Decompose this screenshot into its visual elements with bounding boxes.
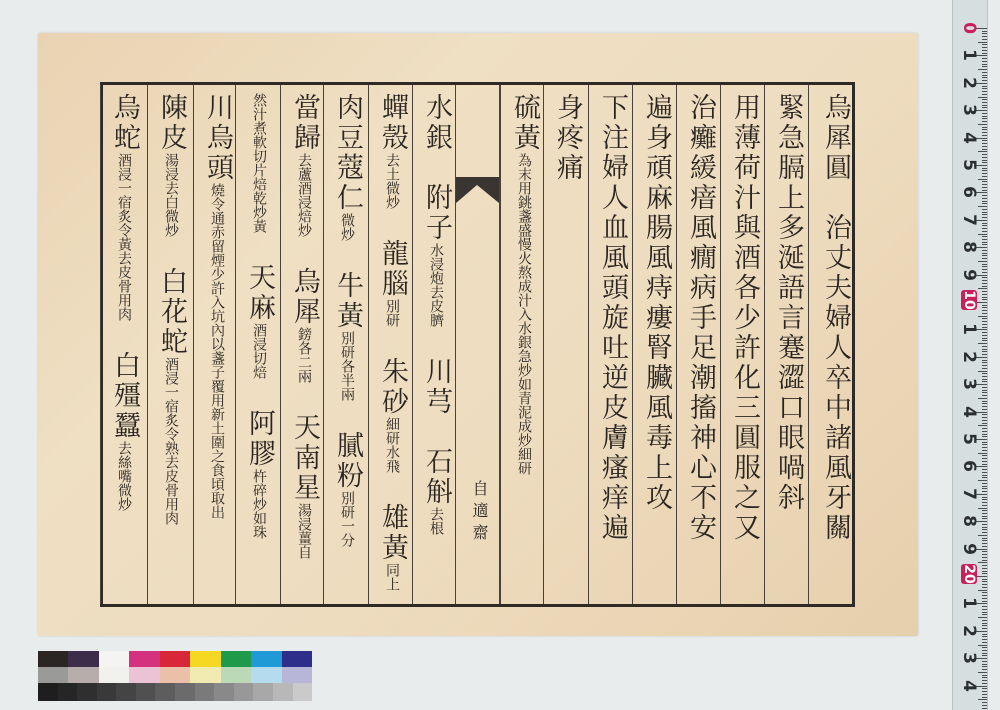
ruler-number: 1 <box>959 593 979 613</box>
ruler-tick <box>982 666 987 667</box>
ruler-number: 4 <box>959 402 979 422</box>
column-text: 下注婦人血風頭旋吐逆皮膚瘙痒遍 <box>597 93 628 543</box>
ingredient-name: 天麻 <box>244 263 275 323</box>
annotation-note: 為末用銚盞盛慢火熬成汁入水銀急炒如青泥成炒細研 <box>516 153 532 475</box>
ruler-number: 1 <box>959 319 979 339</box>
ruler-tick <box>982 157 987 158</box>
ruler-tick <box>982 464 987 465</box>
ruler-tick <box>982 258 987 259</box>
ruler-tick <box>978 261 987 262</box>
ruler-tick <box>982 664 987 665</box>
color-patch <box>273 683 293 701</box>
ruler-tick <box>978 42 987 43</box>
ruler-tick <box>978 124 987 125</box>
ruler-tick <box>982 461 987 462</box>
prescription-title: 烏犀圓 治丈夫婦人卒中諸風牙關 <box>820 93 851 543</box>
ruler-tick <box>982 584 987 585</box>
ruler-tick <box>982 338 987 339</box>
ruler-tick <box>982 434 987 435</box>
color-patch <box>136 683 156 701</box>
ruler-tick <box>982 351 987 352</box>
column-text: 治癱緩瘖風癇病手足潮搐神心不安 <box>685 93 716 543</box>
ruler-tick <box>982 88 987 89</box>
ruler-tick <box>982 212 987 213</box>
ruler-tick <box>982 198 987 199</box>
ruler-tick <box>982 623 987 624</box>
ruler-tick <box>982 491 987 492</box>
ruler-tick <box>978 535 987 536</box>
ruler-tick <box>982 255 987 256</box>
ingredient-name: 水銀 <box>421 93 452 153</box>
ruler-tick <box>982 513 987 514</box>
color-patch <box>155 683 175 701</box>
ruler-tick <box>982 121 987 122</box>
ruler-tick <box>982 335 987 336</box>
ruler-tick <box>982 349 987 350</box>
measuring-ruler: 012345678910123456789201234 <box>952 0 988 710</box>
ruler-tick <box>982 307 987 308</box>
ingredient-name: 附子 <box>421 183 452 243</box>
ingredient-note: 同上 <box>384 563 400 591</box>
ruler-tick <box>982 31 987 32</box>
color-patch <box>221 667 251 683</box>
ruler-tick <box>982 154 987 155</box>
color-patch <box>190 667 220 683</box>
ruler-tick <box>982 168 987 169</box>
ruler-number: 2 <box>959 621 979 641</box>
ingredient-name: 烏蛇 <box>109 93 140 153</box>
text-column: 硫黃為末用銚盞盛慢火熬成汁入水銀急炒如青泥成炒細研 <box>500 85 544 604</box>
ruler-tick <box>982 360 987 361</box>
text-column: 遍身頑麻腸風痔瘻腎臟風毒上攻 <box>632 85 676 604</box>
color-patch <box>221 651 251 667</box>
ingredient-note: 去蘆酒浸焙炒 <box>296 153 312 237</box>
ruler-tick <box>982 272 987 273</box>
text-column: 烏犀圓 治丈夫婦人卒中諸風牙關 <box>808 85 855 604</box>
ruler-tick <box>982 143 987 144</box>
ingredient-note: 微炒 <box>339 213 355 241</box>
ruler-tick <box>982 423 987 424</box>
ruler-tick <box>982 102 987 103</box>
ruler-tick <box>978 699 987 700</box>
ruler-tick <box>982 266 987 267</box>
ruler-tick <box>982 560 987 561</box>
ruler-tick <box>982 628 987 629</box>
ruler-tick <box>978 617 987 618</box>
ruler-tick <box>982 392 987 393</box>
ingredient-name: 天南星 <box>289 413 320 503</box>
ruler-tick <box>982 209 987 210</box>
column-text: 用薄荷汁與酒各少許化三圓服之又 <box>729 93 760 543</box>
ruler-tick <box>982 636 987 637</box>
ruler-tick <box>982 540 987 541</box>
ruler-tick <box>982 94 987 95</box>
ruler-tick <box>982 244 987 245</box>
color-patch <box>251 651 281 667</box>
text-column: 當歸去蘆酒浸焙炒 烏犀鎊各二兩 天南星湯浸薑自 <box>280 85 324 604</box>
ruler-tick <box>982 313 987 314</box>
ruler-tick <box>982 332 987 333</box>
color-patch <box>97 683 117 701</box>
ruler-tick <box>982 650 987 651</box>
ruler-tick <box>982 340 987 341</box>
color-patch <box>251 667 281 683</box>
ingredient-note: 鎊各二兩 <box>296 327 312 383</box>
ruler-tick <box>978 508 987 509</box>
color-patch <box>234 683 254 701</box>
text-column: 水銀 附子水浸炮去皮臍 川芎 石斛去根 <box>412 85 456 604</box>
ruler-number: 9 <box>959 265 979 285</box>
ruler-tick <box>982 691 987 692</box>
ruler-tick <box>982 595 987 596</box>
ruler-tick <box>982 277 987 278</box>
ruler-number: 2 <box>959 347 979 367</box>
ingredient-note: 別研一分 <box>339 491 355 547</box>
ruler-tick <box>982 697 987 698</box>
ruler-tick <box>982 225 987 226</box>
ruler-tick <box>982 510 987 511</box>
ruler-tick <box>982 173 987 174</box>
ruler-number: 7 <box>959 484 979 504</box>
ruler-tick <box>982 609 987 610</box>
ruler-tick <box>982 72 987 73</box>
ingredient-name: 陳皮 <box>156 93 187 153</box>
ruler-tick <box>982 33 987 34</box>
ruler-tick <box>982 488 987 489</box>
ingredient-name: 龍腦 <box>377 239 408 299</box>
ruler-tick <box>982 61 987 62</box>
press-name: 自適齋 <box>468 480 491 546</box>
fishtail-mark-icon <box>456 177 499 207</box>
color-patch <box>77 683 97 701</box>
ruler-tick <box>982 176 987 177</box>
column-text: 遍身頑麻腸風痔瘻腎臟風毒上攻 <box>641 93 672 513</box>
ruler-tick <box>982 149 987 150</box>
ruler-number: 6 <box>959 182 979 202</box>
ruler-tick <box>982 612 987 613</box>
ruler-tick <box>982 294 987 295</box>
ingredient-note: 湯浸薑自 <box>296 503 312 559</box>
text-column: 肉豆蔻仁微炒 牛黃別研各半兩 膩粉別研一分 <box>323 85 367 604</box>
ruler-tick <box>982 675 987 676</box>
ruler-tick <box>982 532 987 533</box>
ingredient-name: 蟬殼 <box>377 93 408 153</box>
ingredient-name: 川烏頭 <box>202 93 233 183</box>
ingredient-note: 別研 <box>384 299 400 327</box>
ruler-tick <box>978 316 987 317</box>
ruler-tick <box>982 286 987 287</box>
ruler-tick <box>982 568 987 569</box>
color-patch <box>160 651 190 667</box>
ruler-tick <box>978 480 987 481</box>
ruler-tick <box>982 579 987 580</box>
ruler-tick <box>982 634 987 635</box>
ruler-tick <box>982 409 987 410</box>
ruler-tick <box>982 214 987 215</box>
ruler-tick <box>982 162 987 163</box>
ruler-number: 8 <box>959 511 979 531</box>
ruler-tick <box>982 305 987 306</box>
color-patch <box>282 667 312 683</box>
ruler-tick <box>982 472 987 473</box>
ingredient-name: 烏犀 <box>289 267 320 327</box>
ruler-tick <box>982 223 987 224</box>
ruler-tick <box>982 132 987 133</box>
ingredient-name: 肉豆蔻仁 <box>332 93 363 213</box>
ruler-tick <box>982 53 987 54</box>
ruler-number: 4 <box>959 128 979 148</box>
ruler-tick <box>982 444 987 445</box>
ruler-number: 20 <box>961 564 977 584</box>
ruler-tick <box>982 538 987 539</box>
ruler-tick <box>982 642 987 643</box>
text-column: 烏蛇酒浸一宿炙令黃去皮骨用肉 白殭蠶去絲嘴微炒 <box>100 85 144 604</box>
ruler-tick <box>982 442 987 443</box>
ruler-tick <box>978 371 987 372</box>
ruler-number: 3 <box>959 374 979 394</box>
ruler-tick <box>982 669 987 670</box>
ruler-number: 3 <box>959 100 979 120</box>
ruler-tick <box>978 179 987 180</box>
ruler-tick <box>982 44 987 45</box>
ruler-number: 8 <box>959 237 979 257</box>
text-column: 治癱緩瘖風癇病手足潮搐神心不安 <box>676 85 720 604</box>
ruler-tick <box>982 324 987 325</box>
ruler-tick <box>982 529 987 530</box>
ruler-tick <box>982 406 987 407</box>
color-patch <box>58 683 78 701</box>
color-patch <box>160 667 190 683</box>
ruler-tick <box>982 231 987 232</box>
ruler-tick <box>982 436 987 437</box>
text-column: 陳皮湯浸去白微炒 白花蛇酒浸一宿炙令熟去皮骨用肉 <box>147 85 191 604</box>
text-column: 用薄荷汁與酒各少許化三圓服之又 <box>720 85 764 604</box>
color-patch <box>129 651 159 667</box>
ruler-tick <box>982 140 987 141</box>
color-patch <box>282 651 312 667</box>
color-patch <box>68 667 98 683</box>
ruler-tick <box>982 146 987 147</box>
ruler-tick <box>982 118 987 119</box>
ruler-tick <box>982 455 987 456</box>
ruler-tick <box>982 379 987 380</box>
ruler-tick <box>982 80 987 81</box>
ruler-tick <box>982 499 987 500</box>
ruler-tick <box>982 64 987 65</box>
ruler-tick <box>982 190 987 191</box>
ruler-tick <box>982 598 987 599</box>
center-fold-banxin: 自適齋 <box>455 85 500 604</box>
color-patch <box>99 651 129 667</box>
ruler-tick <box>982 327 987 328</box>
ruler-number: 4 <box>959 676 979 696</box>
ruler-tick <box>982 291 987 292</box>
ruler-tick <box>982 581 987 582</box>
ruler-tick <box>982 573 987 574</box>
ruler-tick <box>982 486 987 487</box>
ruler-tick <box>982 365 987 366</box>
ruler-tick <box>978 97 987 98</box>
ruler-tick <box>982 428 987 429</box>
ruler-tick <box>982 661 987 662</box>
color-patch <box>195 683 215 701</box>
color-patch <box>38 683 58 701</box>
ruler-tick <box>978 288 987 289</box>
ruler-tick <box>982 236 987 237</box>
ruler-tick <box>982 475 987 476</box>
color-checker-chart <box>38 651 312 701</box>
ruler-tick <box>982 647 987 648</box>
ingredient-name: 川芎 <box>421 357 452 417</box>
ingredient-note: 去土微炒 <box>384 153 400 209</box>
ruler-tick <box>982 283 987 284</box>
color-patch <box>116 683 136 701</box>
ruler-tick <box>982 458 987 459</box>
ruler-tick <box>982 592 987 593</box>
ruler-tick <box>982 694 987 695</box>
ruler-tick <box>982 483 987 484</box>
ruler-tick <box>982 195 987 196</box>
ruler-tick <box>982 116 987 117</box>
ingredient-name: 石斛 <box>421 447 452 507</box>
ruler-tick <box>982 677 987 678</box>
ruler-tick <box>982 187 987 188</box>
ruler-tick <box>982 381 987 382</box>
text-column: 身疼痛 <box>543 85 587 604</box>
ruler-number: 9 <box>959 539 979 559</box>
ruler-tick <box>982 554 987 555</box>
color-patch <box>38 651 68 667</box>
ruler-tick <box>982 362 987 363</box>
ruler-tick <box>982 50 987 51</box>
ruler-tick <box>982 395 987 396</box>
ruler-number: 7 <box>959 210 979 230</box>
ruler-tick <box>982 264 987 265</box>
ruler-tick <box>982 565 987 566</box>
ruler-tick <box>982 390 987 391</box>
ingredient-name: 牛黃 <box>332 271 363 331</box>
ruler-tick <box>982 373 987 374</box>
ruler-tick <box>982 606 987 607</box>
ruler-tick <box>982 524 987 525</box>
ruler-tick <box>982 601 987 602</box>
ruler-tick <box>982 518 987 519</box>
ingredient-note: 湯浸去白微炒 <box>163 153 179 237</box>
ingredient-note: 然汁煮軟切片焙乾炒黃 <box>251 93 267 233</box>
ruler-tick <box>978 453 987 454</box>
ruler-tick <box>982 201 987 202</box>
ruler-tick <box>982 170 987 171</box>
ruler-tick <box>982 447 987 448</box>
ruler-tick <box>982 242 987 243</box>
ruler-tick <box>982 99 987 100</box>
ruler-tick <box>978 206 987 207</box>
ruler-number: 3 <box>959 648 979 668</box>
ruler-tick <box>982 551 987 552</box>
ruler-tick <box>982 516 987 517</box>
ruler-tick <box>978 425 987 426</box>
ruler-tick <box>982 653 987 654</box>
ruler-tick <box>982 39 987 40</box>
ruler-number: 5 <box>959 429 979 449</box>
ruler-tick <box>982 527 987 528</box>
ingredient-note: 酒浸一宿炙令黃去皮骨用肉 <box>116 153 132 321</box>
ruler-tick <box>982 368 987 369</box>
ingredient-name: 膩粉 <box>332 431 363 491</box>
ruler-tick <box>978 343 987 344</box>
ingredient-name: 白花蛇 <box>156 267 187 357</box>
ruler-tick <box>982 127 987 128</box>
ruler-tick <box>982 181 987 182</box>
ruler-tick <box>978 672 987 673</box>
ruler-tick <box>982 705 987 706</box>
ruler-tick <box>982 477 987 478</box>
ruler-number: 5 <box>959 155 979 175</box>
ingredient-note: 水浸炮去皮臍 <box>428 243 444 327</box>
color-patch <box>129 667 159 683</box>
color-patch <box>68 651 98 667</box>
ruler-number: 10 <box>961 290 977 310</box>
color-patch <box>175 683 195 701</box>
ruler-tick <box>982 620 987 621</box>
ingredient-note: 酒浸切焙 <box>251 323 267 379</box>
ruler-tick <box>982 203 987 204</box>
ruler-tick <box>982 688 987 689</box>
ruler-tick <box>982 403 987 404</box>
ingredient-note: 細研水飛 <box>384 417 400 473</box>
ruler-tick <box>982 58 987 59</box>
ruler-tick <box>982 420 987 421</box>
ruler-tick <box>982 571 987 572</box>
ruler-tick <box>982 36 987 37</box>
ruler-tick <box>982 269 987 270</box>
ruler-tick <box>978 151 987 152</box>
ingredient-name: 雄黃 <box>377 503 408 563</box>
ruler-tick <box>982 91 987 92</box>
ruler-tick <box>982 639 987 640</box>
ingredient-name: 阿膠 <box>244 409 275 469</box>
ingredient-note: 酒浸一宿炙令熟去皮骨用肉 <box>163 357 179 525</box>
ruler-tick <box>982 431 987 432</box>
color-patch <box>190 651 220 667</box>
ruler-tick <box>982 77 987 78</box>
ruler-tick <box>982 107 987 108</box>
ruler-tick <box>982 113 987 114</box>
ruler-tick <box>978 69 987 70</box>
ruler-tick <box>982 683 987 684</box>
ruler-tick <box>982 401 987 402</box>
ruler-tick <box>982 505 987 506</box>
ruler-tick <box>978 590 987 591</box>
ruler-tick <box>978 234 987 235</box>
ruler-number: 1 <box>959 45 979 65</box>
ingredient-name: 朱砂 <box>377 357 408 417</box>
ingredient-note: 去絲嘴微炒 <box>116 441 132 511</box>
ruler-tick <box>982 66 987 67</box>
ruler-tick <box>982 655 987 656</box>
ruler-tick <box>982 680 987 681</box>
ingredient-name: 當歸 <box>289 93 320 153</box>
ruler-tick <box>982 318 987 319</box>
ruler-tick <box>982 546 987 547</box>
color-patch <box>293 683 313 701</box>
ruler-tick <box>982 228 987 229</box>
ruler-tick <box>982 105 987 106</box>
ruler-number: 2 <box>959 73 979 93</box>
ruler-tick <box>982 160 987 161</box>
ruler-tick <box>982 469 987 470</box>
ingredient-note: 去根 <box>428 507 444 535</box>
